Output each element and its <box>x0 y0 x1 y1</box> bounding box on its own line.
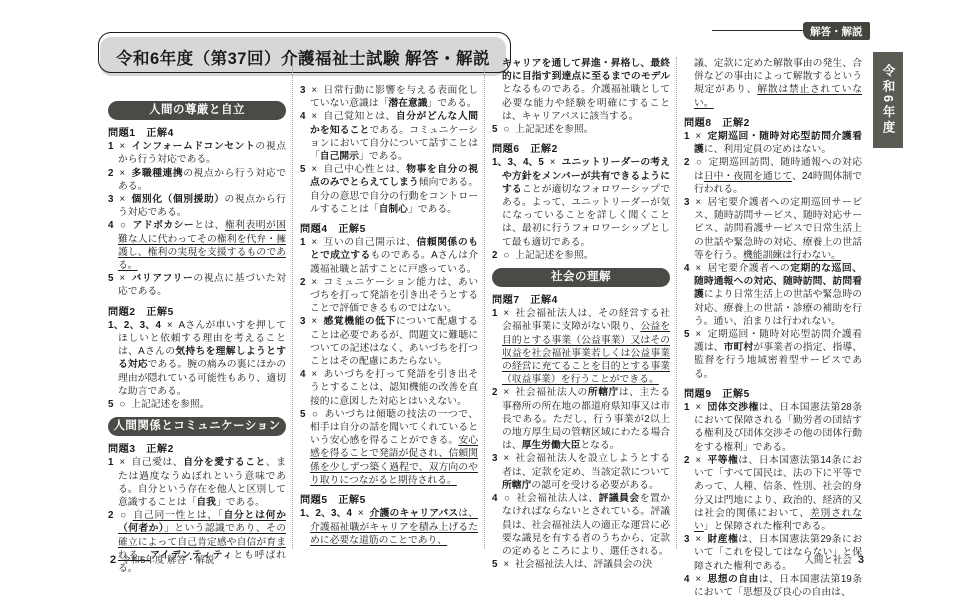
body-text: 社会福祉法人は、 <box>516 493 599 504</box>
body-text: 」である。 <box>359 151 408 162</box>
choice-number: 1、3、4、5 <box>492 157 544 168</box>
emphasis-text: バリアフリー <box>131 273 193 284</box>
body-text: 」である。 <box>428 98 477 109</box>
problem-title: 問題7 正解4 <box>492 294 670 307</box>
correct-mark: ○ <box>113 399 131 410</box>
emphasis-text: インフォームドコンセント <box>131 141 255 152</box>
emphasis-text: 機能訓練は行わない。 <box>743 250 841 261</box>
answer-item: 4 × 思想の自由は、日本国憲法第19条において「思想及び良心の自由は、 <box>684 573 862 599</box>
answer-item: 5 × 社会福祉法人は、評議員会の決 <box>492 558 670 571</box>
incorrect-mark: × <box>689 574 707 585</box>
incorrect-mark: × <box>305 277 323 288</box>
year-side-tab: 令和6年度 <box>873 52 903 148</box>
incorrect-mark: × <box>305 111 323 122</box>
emphasis-text: 多職種連携 <box>131 168 183 179</box>
answer-item: 1 × 団体交渉権は、日本国憲法第28条において保障される「勤労者の団結する権利… <box>684 401 862 454</box>
emphasis-text: 自己同一性とは、「 <box>133 510 224 521</box>
answer-item: 1 × 互いの自己開示は、信頼関係のもとで成立するものである。Aさんは介護福祉職… <box>300 236 478 276</box>
body-text: 自己覚知とは、 <box>323 111 396 122</box>
emphasis-text: 厚生労働大臣 <box>522 440 581 451</box>
incorrect-mark: × <box>305 237 323 248</box>
emphasis-text: 団体交渉権 <box>707 402 759 413</box>
body-text: 自己中心性とは、 <box>323 164 406 175</box>
body-text: 」と保障された権利である。 <box>704 521 831 532</box>
answer-item: 5 × 定期巡回・随時対応型訪問介護看護は、市町村が事業者の指定、指導、監督を行… <box>684 328 862 381</box>
answer-item: 2 × 社会福祉法人の所轄庁は、主たる事務所の所在地の都道府県知事又は市長である… <box>492 386 670 452</box>
answer-item: 1 × 定期巡回・随時対応型訪問介護看護に、利用定員の定めはない。 <box>684 130 862 156</box>
answer-item: 4 ○ 社会福祉法人は、評議員会を置かなければならないとされている。評議員は、社… <box>492 492 670 558</box>
footer-left: 2令和6年度 解答・解説 <box>110 552 215 566</box>
answer-item: 2 × コミュニケーション能力は、あいづちを打って発語を引き出そうとすることで評… <box>300 276 478 316</box>
section-header-pill: 人間関係とコミュニケーション <box>108 417 286 436</box>
body-text: 社会福祉法人の <box>515 387 588 398</box>
emphasis-text: 感覚機能の低下 <box>323 316 396 327</box>
incorrect-mark: × <box>113 194 131 205</box>
emphasis-text: 思想の自由 <box>707 574 759 585</box>
continued-paragraph: 議、定款に定めた解散事由の発生、合併などの事由によって解散するという規定があり、… <box>684 57 862 110</box>
emphasis-text: 自分を愛すること <box>183 457 266 468</box>
emphasis-text: 市町村 <box>724 342 754 353</box>
body-text: あいづちは傾聴の技法の一つで、相手は自分の話を聞いてくれているという安心感を得る… <box>310 409 478 446</box>
text-columns: 人間の尊厳と自立問題1 正解41 × インフォームドコンセントの視点から行う対応… <box>108 57 866 549</box>
body-text: ことが適切なフォロワーシップである。よって、ユニットリーダーが気になっていること… <box>502 184 670 248</box>
emphasis-text: アドボカシー <box>132 220 194 231</box>
body-text: 自己愛は、 <box>131 457 183 468</box>
incorrect-mark: × <box>497 559 515 570</box>
incorrect-mark: × <box>689 329 707 340</box>
emphasis-text: 平等権 <box>707 455 738 466</box>
answer-item: 5 × 自己中心性とは、物事を自分の視点のみでとらえてしまう傾向である。自分の意… <box>300 163 478 216</box>
column-1: 人間の尊厳と自立問題1 正解41 × インフォームドコンセントの視点から行う対応… <box>108 57 286 549</box>
problem-title: 問題3 正解2 <box>108 443 286 456</box>
incorrect-mark: × <box>544 157 562 168</box>
incorrect-mark: × <box>352 508 370 519</box>
body-text: 上記記述を参照。 <box>515 124 593 135</box>
answer-item: 4 × あいづちを打って発語を引き出そうとすることは、認知機能の改善を直接的に意… <box>300 368 478 408</box>
answer-item: 4 × 自己覚知とは、自分がどんな人間かを知ることである。コミュニケーションにお… <box>300 110 478 163</box>
correct-mark: ○ <box>497 493 516 504</box>
incorrect-mark: × <box>689 197 707 208</box>
column-4: 議、定款に定めた解散事由の発生、合併などの事由によって解散するという規定があり、… <box>676 57 862 549</box>
emphasis-text: 財産権 <box>707 534 738 545</box>
body-text: に、利用定員の定めはない。 <box>704 144 831 155</box>
answer-item: 3 × 社会福祉法人を設立しようとする者は、定款を定め、当該定款について所轄庁の… <box>492 452 670 492</box>
body-text: 」である。 <box>408 204 457 215</box>
answer-item: 3 × 個別化（個別援助）の視点から行う対応である。 <box>108 193 286 219</box>
correct-mark: ○ <box>689 157 708 168</box>
answer-item: 5 ○ あいづちは傾聴の技法の一つで、相手は自分の話を聞いてくれているという安心… <box>300 408 478 487</box>
correct-mark: ○ <box>497 124 515 135</box>
problem-title: 問題6 正解2 <box>492 143 670 156</box>
corner-badge: 解答・解説 <box>803 22 870 40</box>
correct-mark: ○ <box>305 409 324 420</box>
incorrect-mark: × <box>305 85 323 96</box>
correct-mark: ○ <box>497 250 515 261</box>
choice-number: 1、2、3、4 <box>300 508 352 519</box>
footer-left-text: 令和6年度 解答・解説 <box>121 555 214 566</box>
section-header-pill: 社会の理解 <box>492 268 670 287</box>
answer-item: 2 ○ 定期巡回訪問、随時通報への対応は日中・夜間を通じて、24時間体制で行われ… <box>684 156 862 196</box>
body-text: あいづちを打って発語を引き出そうとすることは、認知機能の改善を直接的に意図した対… <box>310 369 478 406</box>
body-text: コミュニケーション能力は、あいづちを打って発語を引き出そうとすることで評価できる… <box>310 277 478 314</box>
body-text: 」である。 <box>216 497 265 508</box>
continued-paragraph: キャリアを通して昇進・昇格し、最終的に目指す到達点に至るまでのモデルとなるもので… <box>492 57 670 123</box>
answer-item: 4 × 居宅要介護者への定期的な巡回、随時通報への対応、随時訪問、訪問看護により… <box>684 262 862 328</box>
answer-item: 2 × 平等権は、日本国憲法第14条において「すべて国民は、法の下に平等であって… <box>684 454 862 533</box>
body-text: 互いの自己開示は、 <box>323 237 417 248</box>
column-2: 3 × 日常行動に影響を与える表面化していない意識は「潜在意識」である。4 × … <box>292 57 478 549</box>
page-number-left: 2 <box>110 554 116 566</box>
incorrect-mark: × <box>497 387 515 398</box>
answer-item: 5 ○ 上記記述を参照。 <box>492 123 670 136</box>
body-text: 社会福祉法人は、評議員会の決 <box>515 559 652 570</box>
problem-title: 問題8 正解2 <box>684 117 862 130</box>
choice-number: 1、2、3、4 <box>108 320 161 331</box>
body-text: 上記記述を参照。 <box>131 399 209 410</box>
answer-item: 1、3、4、5 × ユニットリーダーの考えや方針をメンバーが共有できるようにする… <box>492 156 670 248</box>
section-header-pill: 人間の尊厳と自立 <box>108 101 286 120</box>
emphasis-text: キャリアを通して昇進・昇格し、最終的に目指す到達点に至るまでのモデル <box>502 58 670 82</box>
footer-right: 人間と社会3 <box>804 552 864 566</box>
body-text: 社会福祉法人を設立しようとする者は、定款を定め、当該定款について <box>502 453 670 477</box>
correct-mark: ○ <box>113 220 132 231</box>
answer-item: 3 × 居宅要介護者への定期巡回サービス、随時訪問サービス、随時対応サービス、訪… <box>684 196 862 262</box>
incorrect-mark: × <box>113 168 131 179</box>
answer-item: 1 × 自己愛は、自分を愛すること、または過度なうぬぼれという意味である。自分と… <box>108 456 286 509</box>
incorrect-mark: × <box>497 453 515 464</box>
answer-item: 2 × 多職種連携の視点から行う対応である。 <box>108 167 286 193</box>
problem-title: 問題1 正解4 <box>108 127 286 140</box>
problem-title: 問題4 正解5 <box>300 223 478 236</box>
answer-item: 1、2、3、4 × 介護のキャリアパスは、介護福祉職がキャリアを積み上げるために… <box>300 507 478 547</box>
emphasis-text: 所轄庁 <box>588 387 619 398</box>
body-text: の認可を受ける必要がある。 <box>531 480 658 491</box>
body-text: とは、 <box>194 220 225 231</box>
page-number-right: 3 <box>858 554 864 566</box>
incorrect-mark: × <box>113 273 131 284</box>
incorrect-mark: × <box>305 316 323 327</box>
body-text: となる。 <box>580 440 619 451</box>
incorrect-mark: × <box>305 164 323 175</box>
emphasis-text: 日中・夜間を通じて <box>704 171 792 182</box>
correct-mark: ○ <box>113 510 132 521</box>
incorrect-mark: × <box>689 455 707 466</box>
incorrect-mark: × <box>113 141 131 152</box>
footer-right-text: 人間と社会 <box>804 555 852 566</box>
incorrect-mark: × <box>689 263 707 274</box>
body-text: となるものである。介護福祉職として必要な能力や経験を明確にすることは、キャリアパ… <box>502 84 670 121</box>
column-3: キャリアを通して昇進・昇格し、最終的に目指す到達点に至るまでのモデルとなるもので… <box>484 57 670 549</box>
incorrect-mark: × <box>113 457 131 468</box>
incorrect-mark: × <box>689 402 707 413</box>
corner-badge-line <box>712 30 804 31</box>
emphasis-text: 所轄庁 <box>502 480 531 491</box>
answer-item: 1 × インフォームドコンセントの視点から行う対応である。 <box>108 140 286 166</box>
answer-item: 5 × バリアフリーの視点に基づいた対応である。 <box>108 272 286 298</box>
answer-item: 5 ○ 上記記述を参照。 <box>108 398 286 411</box>
problem-title: 問題9 正解5 <box>684 388 862 401</box>
emphasis-text: 自制心 <box>379 204 408 215</box>
body-text: により日常生活上の世話や緊急時の対応、療養上の世話・診療の補助を行う。通い、泊ま… <box>694 289 862 326</box>
answer-item: 3 × 感覚機能の低下について配慮することは必要であるが、問題文に難聴についての… <box>300 315 478 368</box>
emphasis-text: 自我 <box>196 497 216 508</box>
answer-item: 1 × 社会福祉法人は、その経営する社会福祉事業に支障がない限り、公益を目的とす… <box>492 307 670 386</box>
body-text: 居宅要介護者への <box>707 263 790 274</box>
incorrect-mark: × <box>161 320 179 331</box>
problem-title: 問題5 正解5 <box>300 494 478 507</box>
problem-title: 問題2 正解5 <box>108 306 286 319</box>
emphasis-text: 介護のキャリアパス <box>370 508 459 519</box>
incorrect-mark: × <box>689 131 707 142</box>
body-text: 上記記述を参照。 <box>515 250 593 261</box>
emphasis-text: 自己開示 <box>320 151 359 162</box>
incorrect-mark: × <box>689 534 707 545</box>
answer-item: 2 ○ 上記記述を参照。 <box>492 249 670 262</box>
book-page: 令和6年度（第37回）介護福祉士試験 解答・解説 解答・解説 令和6年度 人間の… <box>0 0 970 600</box>
emphasis-text: 潜在意識 <box>388 98 427 109</box>
incorrect-mark: × <box>305 369 323 380</box>
emphasis-text: 個別化（個別援助） <box>131 194 225 205</box>
emphasis-text: 評議員会 <box>599 493 640 504</box>
answer-item: 4 ○ アドボカシーとは、権利表明が困難な人に代わってその権利を代弁・擁護し、権… <box>108 219 286 272</box>
answer-item: 3 × 日常行動に影響を与える表面化していない意識は「潜在意識」である。 <box>300 84 478 110</box>
incorrect-mark: × <box>497 308 515 319</box>
answer-item: 1、2、3、4 × Aさんが車いすを押してほしいと依頼する理由を考えることは、A… <box>108 319 286 398</box>
